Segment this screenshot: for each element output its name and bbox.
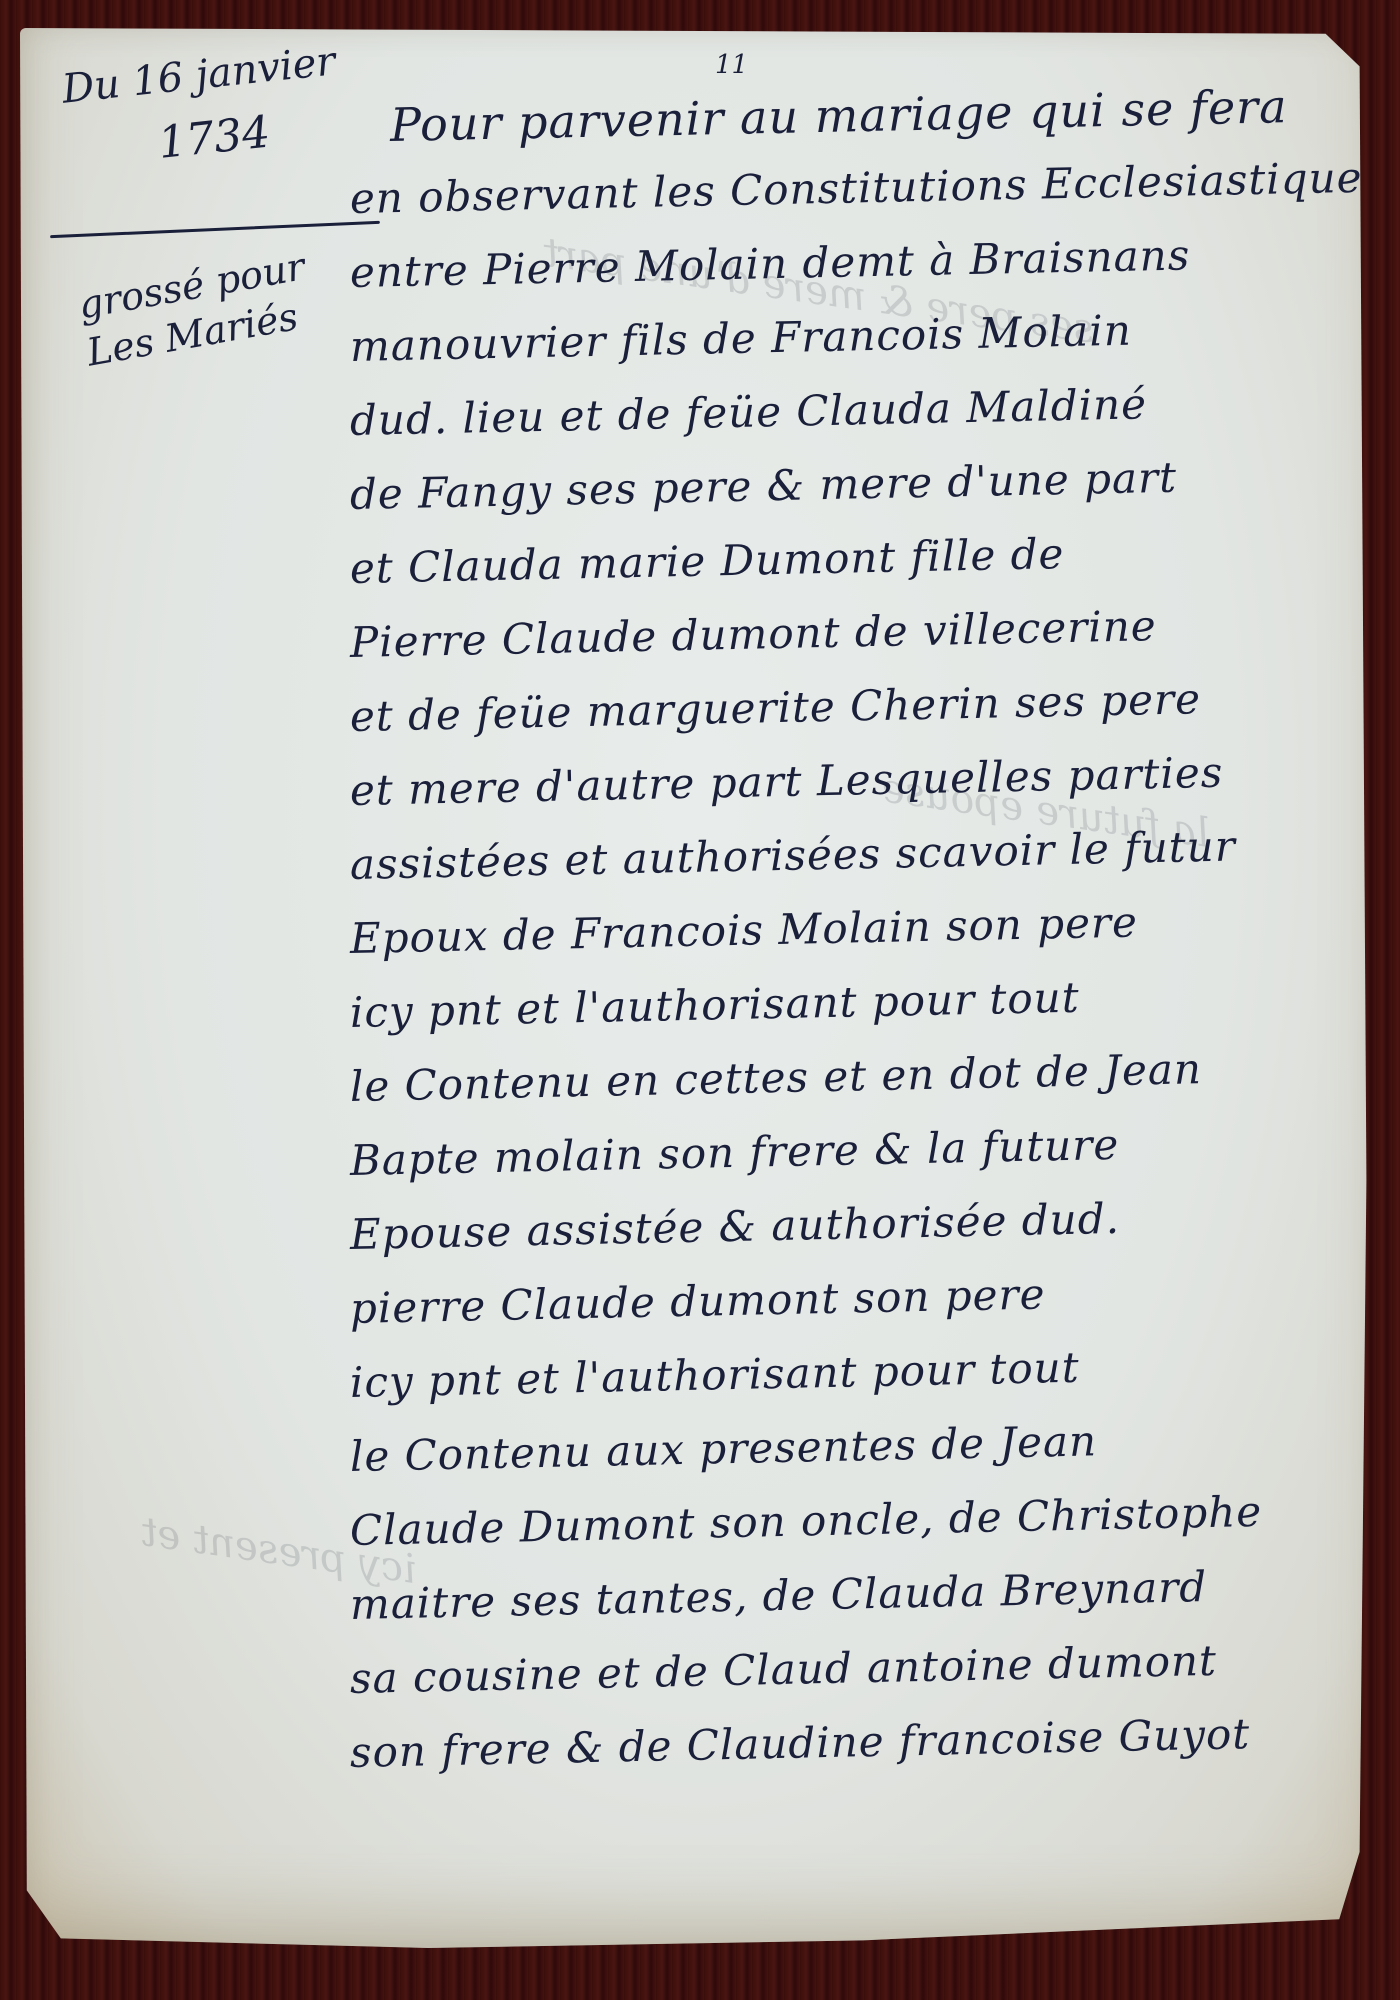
margin-date-day: Du 16 janvier <box>60 38 338 112</box>
date-underline <box>50 221 380 238</box>
margin-note: grossé pour Les Mariés <box>75 243 317 376</box>
folio-number: 11 <box>715 50 748 80</box>
manuscript-body: Pour parvenir au mariage qui se fera en … <box>350 88 1380 1790</box>
manuscript-page: ses pere & mere d'une part la future epo… <box>20 28 1380 1948</box>
margin-date-year: 1734 <box>156 101 344 168</box>
margin-date: Du 16 janvier 1734 <box>60 39 344 177</box>
